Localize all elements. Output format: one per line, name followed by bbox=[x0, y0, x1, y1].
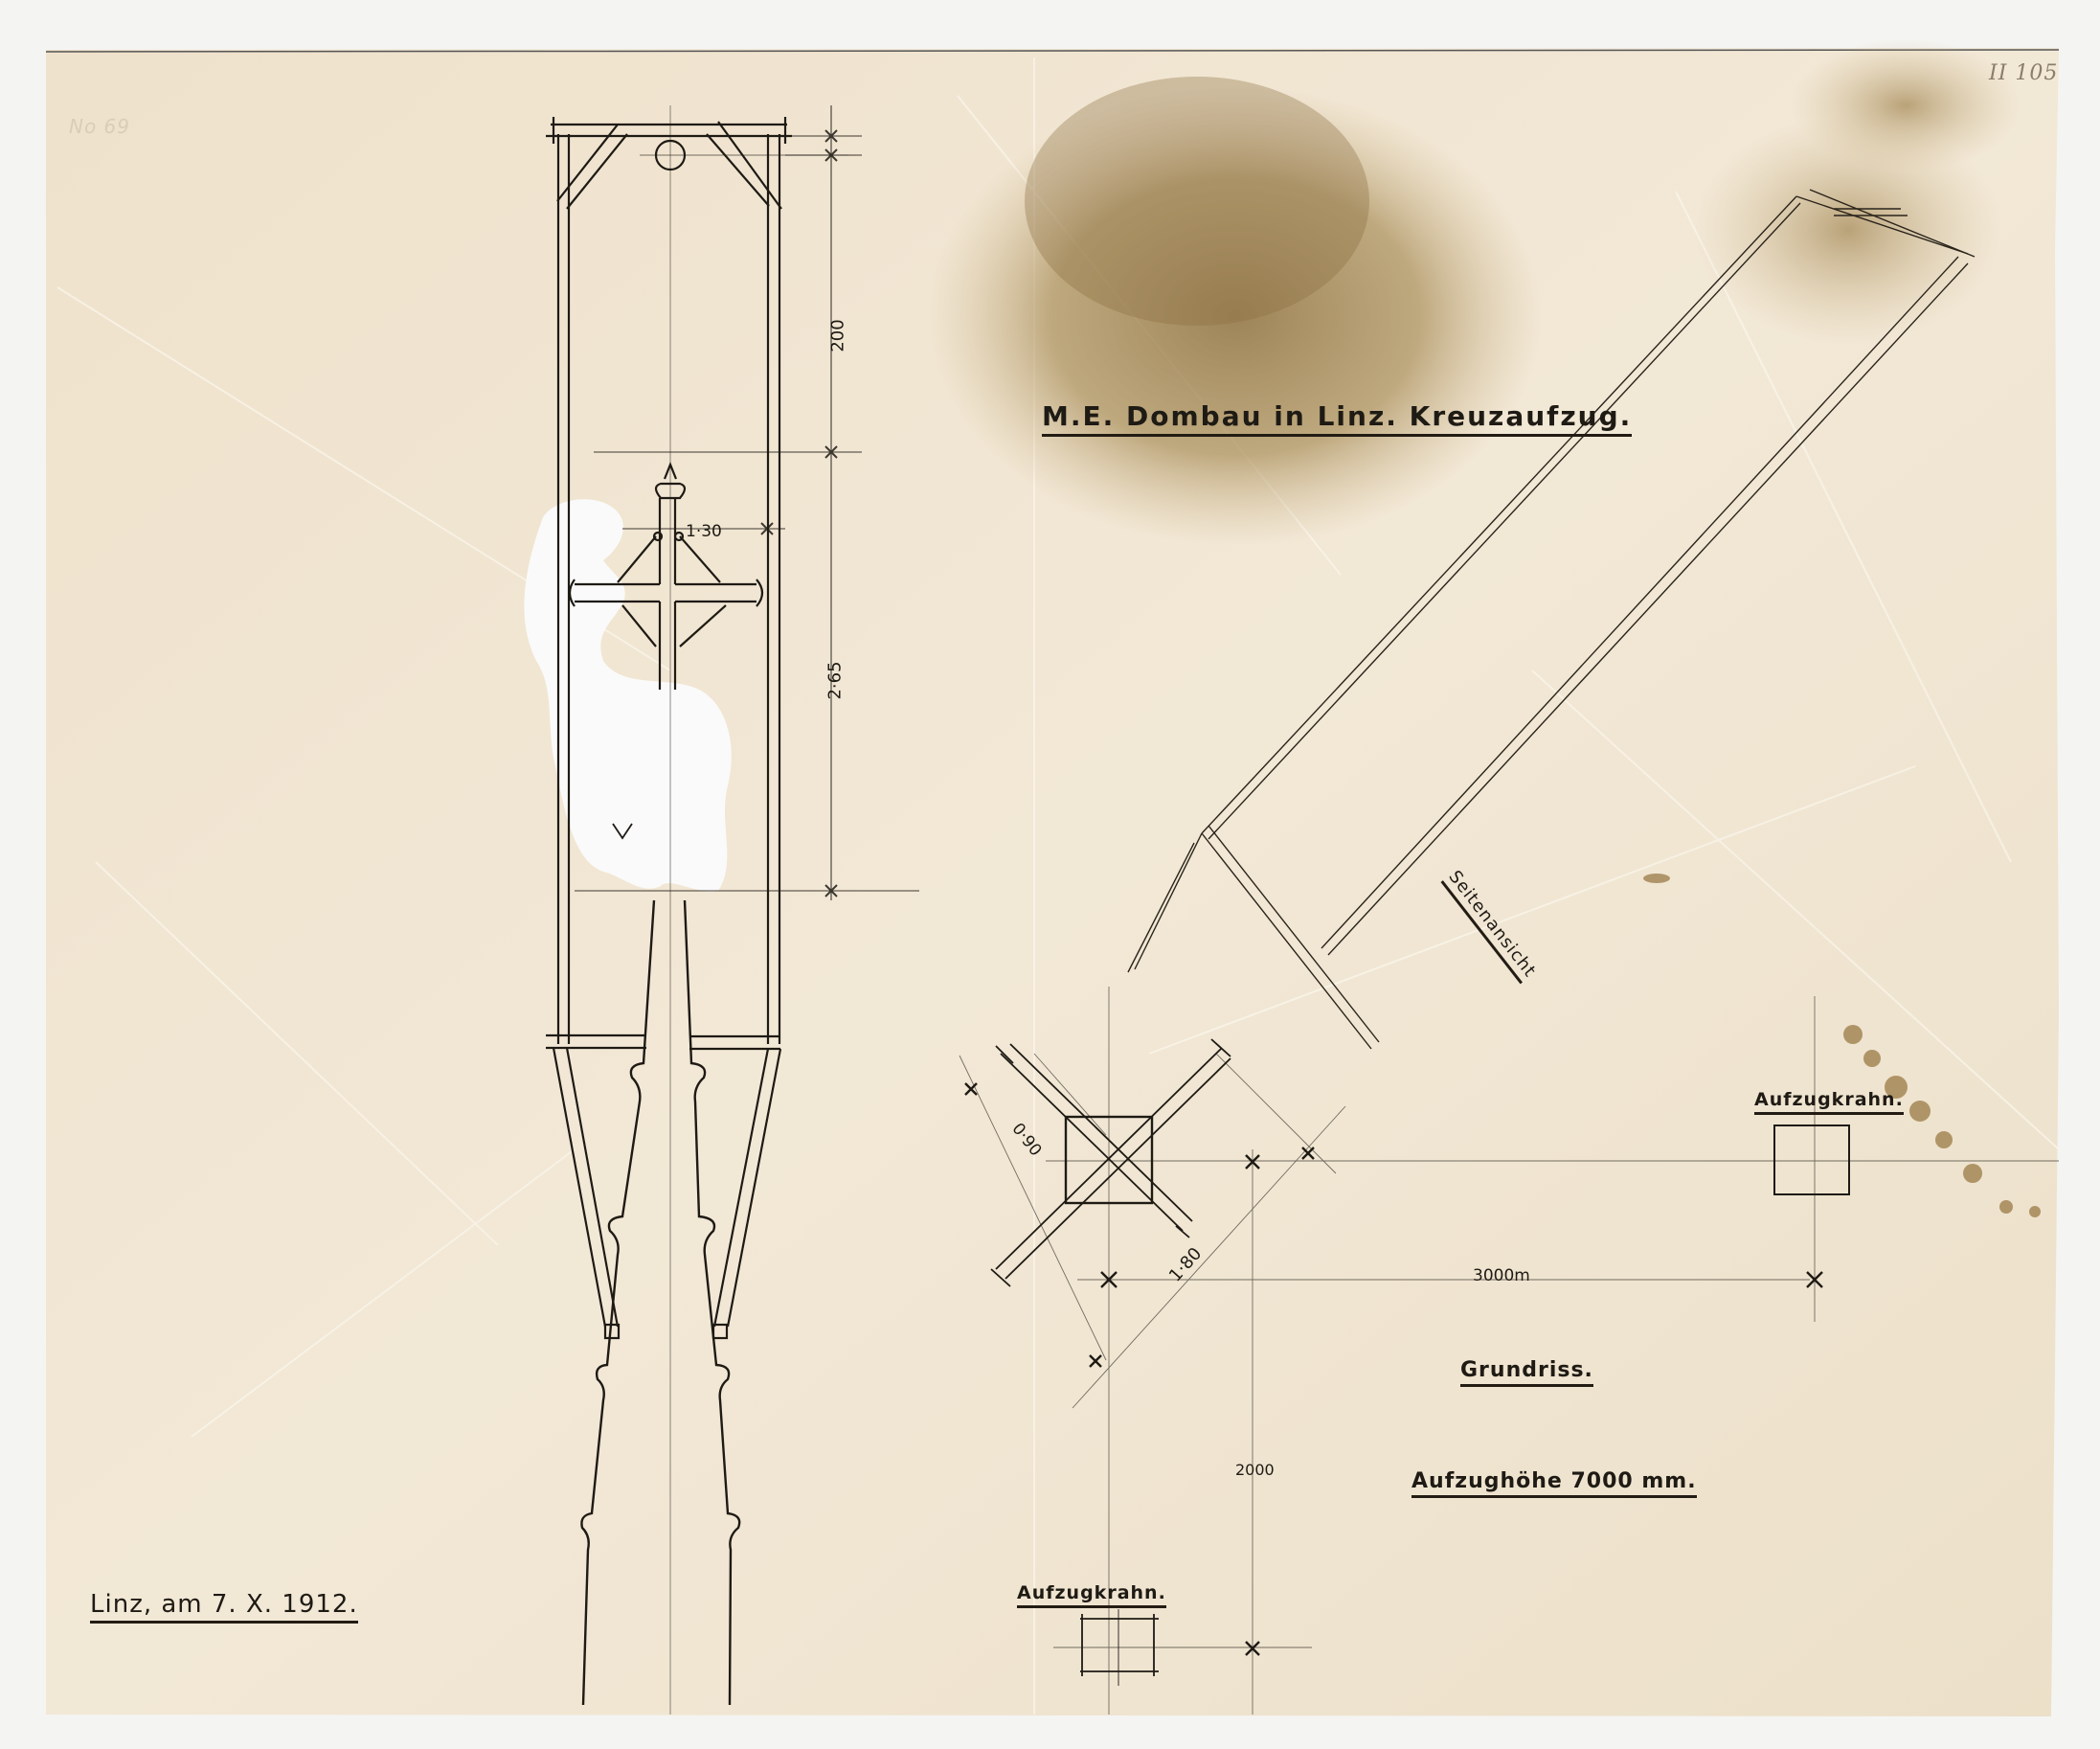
dimension-2000: 2000 bbox=[1235, 1461, 1275, 1479]
dimension-265: 2·65 bbox=[825, 661, 846, 699]
dimension-3000: 3000m bbox=[1473, 1266, 1530, 1285]
drawing-title: M.E. Dombau in Linz. Kreuzaufzug. bbox=[1042, 400, 1632, 437]
crane-label-right: Aufzugkrahn. bbox=[1754, 1089, 1904, 1115]
lift-height-label: Aufzughöhe 7000 mm. bbox=[1411, 1469, 1697, 1498]
date-line: Linz, am 7. X. 1912. bbox=[90, 1590, 358, 1624]
floor-plan-label: Grundriss. bbox=[1460, 1358, 1593, 1387]
drawing-canvas bbox=[0, 0, 2100, 1749]
dimension-130: 1·30 bbox=[686, 522, 722, 541]
drawing-sheet: M.E. Dombau in Linz. Kreuzaufzug. Linz, … bbox=[0, 0, 2100, 1749]
pencil-note: No 69 bbox=[69, 115, 130, 138]
archive-number: II 105 bbox=[1989, 61, 2058, 85]
crane-label-bottom: Aufzugkrahn. bbox=[1017, 1582, 1166, 1608]
dimension-200: 200 bbox=[828, 319, 848, 352]
